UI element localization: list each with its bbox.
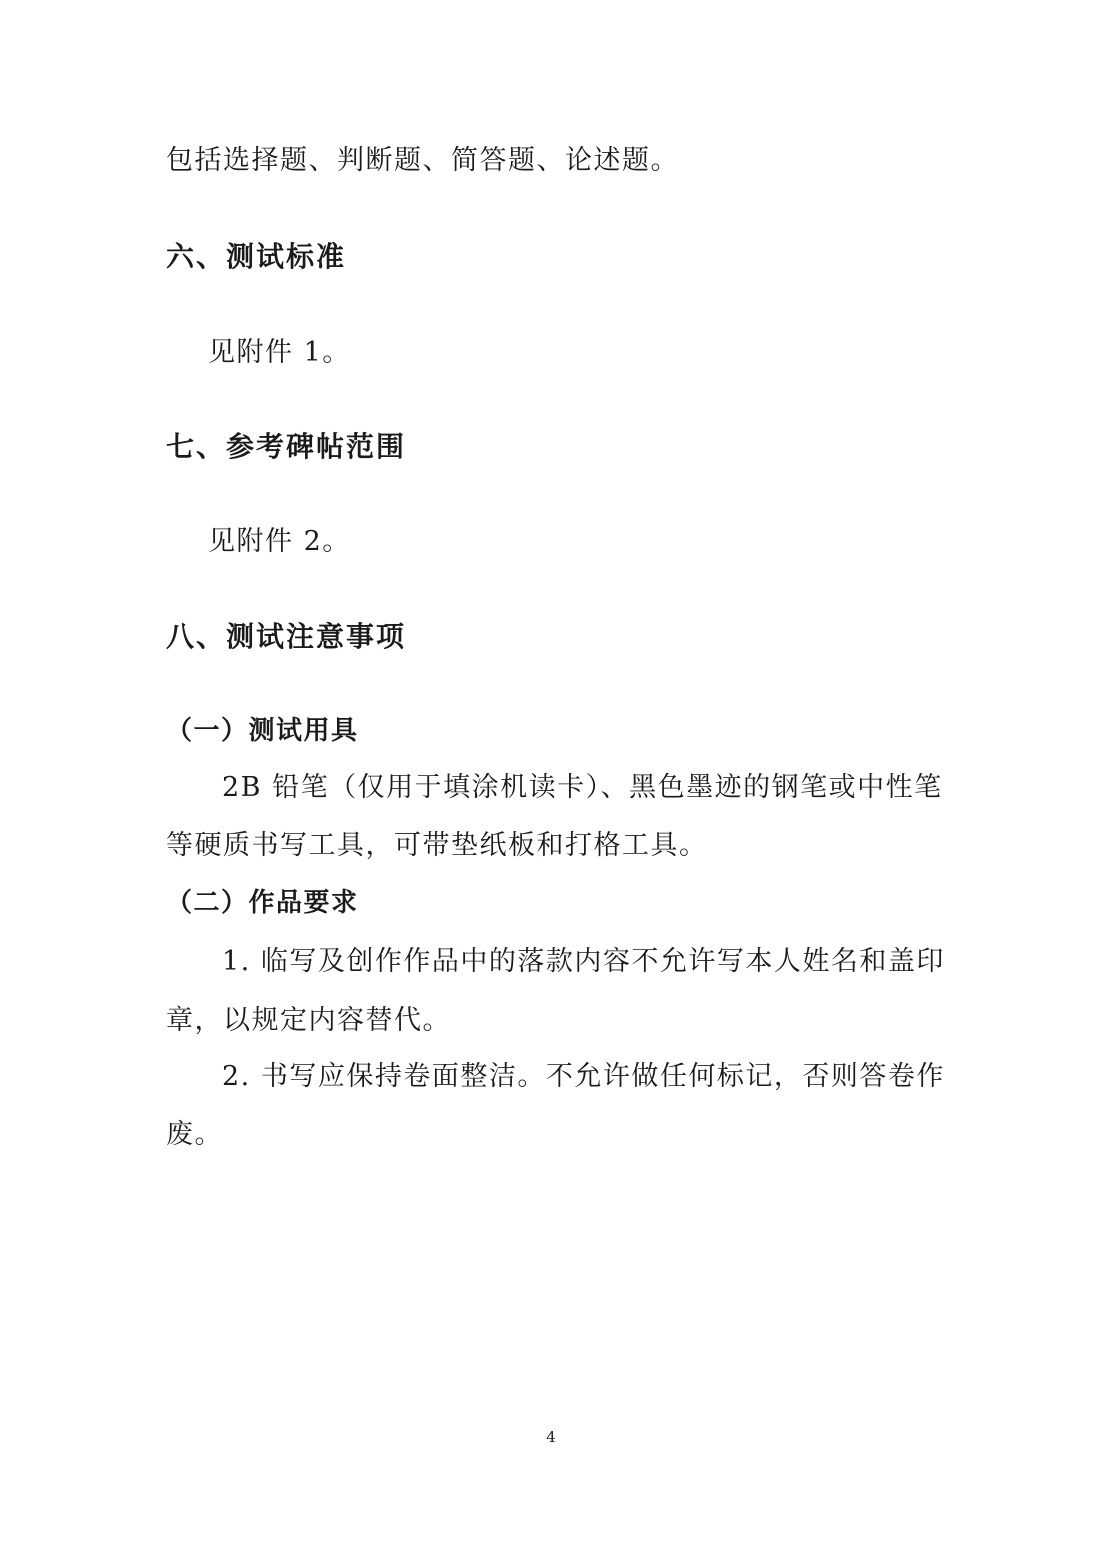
subheading-test-tools: （一）测试用具 [166, 714, 359, 748]
requirements-line-4: 废。 [166, 1118, 223, 1152]
tools-line-2: 等硬质书写工具，可带垫纸板和打格工具。 [166, 829, 708, 863]
heading-test-notes: 八、测试注意事项 [166, 620, 406, 654]
body-reference-range: 见附件 2。 [208, 525, 351, 559]
body-test-standard: 见附件 1。 [208, 336, 351, 370]
heading-test-standard: 六、测试标准 [166, 240, 346, 274]
requirements-line-1: 1. 临写及创作作品中的落款内容不允许写本人姓名和盖印 [222, 945, 945, 979]
tools-line-1: 2B 铅笔（仅用于填涂机读卡）、黑色墨迹的钢笔或中性笔 [222, 771, 943, 805]
intro-line: 包括选择题、判断题、简答题、论述题。 [166, 144, 679, 178]
page-number: 4 [0, 1428, 1102, 1446]
requirements-line-3: 2. 书写应保持卷面整洁。不允许做任何标记，否则答卷作 [222, 1060, 945, 1094]
heading-reference-range: 七、参考碑帖范围 [166, 430, 406, 464]
subheading-work-requirements: （二）作品要求 [166, 886, 359, 920]
requirements-line-2: 章，以规定内容替代。 [166, 1004, 451, 1038]
